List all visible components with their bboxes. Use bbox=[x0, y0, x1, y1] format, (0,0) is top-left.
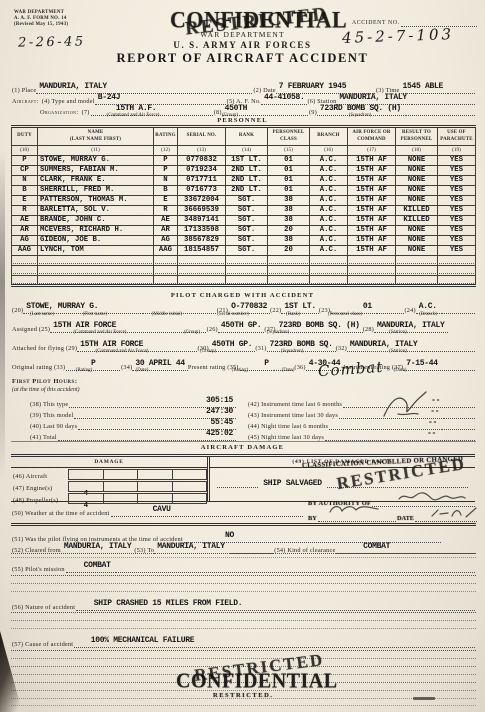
cell-empty bbox=[438, 256, 476, 266]
dotted-leader bbox=[376, 312, 404, 314]
cell-parachute: YES bbox=[438, 226, 476, 236]
personnel-header-row: Duty(10) Name(Last name first)(11) Ratin… bbox=[12, 127, 476, 156]
date-label: DATE bbox=[397, 515, 414, 522]
pilot-branch-num-label: (24) bbox=[405, 307, 416, 314]
dotted-leader bbox=[115, 571, 475, 573]
cell-airforce: 15TH AF bbox=[348, 236, 396, 246]
cell-class: 20 bbox=[268, 246, 310, 256]
command-num-label: (7) bbox=[82, 109, 90, 116]
scan-edge-artifact bbox=[0, 150, 5, 480]
pilot-rank-num-label: (22) bbox=[270, 307, 281, 314]
cell-result: NONE bbox=[396, 226, 438, 236]
cause-of-accident-line: (57) Cause of accident 100% MECHANICAL F… bbox=[12, 637, 476, 648]
personnel-row: AAGLYNCH, TOMAAG18154857SGT.20A.C.15TH A… bbox=[12, 246, 476, 256]
cell-empty bbox=[310, 276, 348, 286]
page-title: REPORT OF AIRCRAFT ACCIDENT bbox=[0, 52, 485, 65]
cell-branch: A.C. bbox=[310, 186, 348, 196]
organization-prefix-label: Organization: bbox=[40, 109, 79, 116]
dotted-leader bbox=[318, 520, 396, 522]
last-name-sub-label: (Last name) bbox=[30, 312, 54, 317]
cell-duty: CP bbox=[12, 166, 38, 176]
cell-empty bbox=[268, 266, 310, 276]
organization-line: Organization: (7) 15TH A.F. (8) 450TH (9… bbox=[40, 105, 476, 116]
cell-rank: 2ND LT. bbox=[226, 176, 268, 186]
cell-rank: SGT. bbox=[226, 216, 268, 226]
nature-of-accident-value: SHIP CRASHED 15 MILES FROM FIELD. bbox=[91, 600, 246, 611]
original-rating-label: Original rating (33) bbox=[12, 364, 65, 371]
hours-row: (42) Instrument time last 6 months-- bbox=[248, 397, 476, 408]
col-rating: Rating(12) bbox=[154, 127, 178, 156]
cell-empty bbox=[396, 276, 438, 286]
attached-label: Attached for flying (29) bbox=[12, 345, 77, 352]
dotted-rule bbox=[11, 583, 476, 584]
cell-empty bbox=[178, 256, 226, 266]
cell-result: NONE bbox=[396, 236, 438, 246]
cell-branch: A.C. bbox=[310, 226, 348, 236]
cell-rating: B bbox=[154, 186, 178, 196]
serial-sub-label: (Serial number) bbox=[217, 312, 249, 317]
personnel-row: PSTOWE, MURRAY G.P07708321ST LT.01A.C.15… bbox=[12, 156, 476, 166]
af-no-value: 44-41058. bbox=[261, 94, 308, 105]
form-id-line3: (Revised May 15, 1943) bbox=[14, 22, 68, 28]
weather-label: (50) Weather at the time of accident bbox=[12, 510, 110, 517]
cause-of-accident-label: (57) Cause of accident bbox=[12, 641, 73, 648]
cell-duty: P bbox=[12, 156, 38, 166]
report-of-aircraft-accident-document: WAR DEPARTMENT A. A. F. Form No. 14 (Rev… bbox=[0, 0, 485, 712]
cell-rating: AR bbox=[154, 226, 178, 236]
dotted-leader bbox=[111, 515, 149, 517]
cell-rank: SGT. bbox=[226, 236, 268, 246]
cell-rank: SGT. bbox=[226, 196, 268, 206]
personnel-empty-row bbox=[12, 256, 476, 266]
dotted-leader bbox=[405, 114, 475, 116]
hours-row: (43) Instrument time last 30 days-- bbox=[248, 408, 476, 419]
cell-rating: AG bbox=[154, 236, 178, 246]
cell-serial: 0719234 bbox=[178, 166, 226, 176]
cell-result: KILLED bbox=[396, 216, 438, 226]
cell-branch: A.C. bbox=[310, 156, 348, 166]
cell-empty bbox=[226, 266, 268, 276]
original-rating-date-num-label: (34) bbox=[121, 364, 132, 371]
cell-rating: E bbox=[154, 196, 178, 206]
cell-empty bbox=[348, 276, 396, 286]
col-result: Result toPersonnel(18) bbox=[396, 127, 438, 156]
personnel-empty-row bbox=[12, 266, 476, 276]
cell-duty: AG bbox=[12, 236, 38, 246]
col-rank: Rank(14) bbox=[226, 127, 268, 156]
cell-airforce: 15TH AF bbox=[348, 246, 396, 256]
personnel-table: Duty(10) Name(Last name first)(11) Ratin… bbox=[11, 125, 476, 287]
present-rating-value: P bbox=[261, 360, 272, 371]
date-sub-label: (Date) bbox=[136, 368, 149, 373]
type-model-label: (4) Type and model bbox=[42, 98, 95, 105]
cell-class: 01 bbox=[268, 176, 310, 186]
attached-station-value: MANDURIA, ITALY bbox=[347, 341, 421, 352]
cell-rank: SGT. bbox=[226, 246, 268, 256]
cell-class: 38 bbox=[268, 236, 310, 246]
dotted-rule bbox=[11, 575, 476, 576]
confidential-stamp: CONFIDENTIAL bbox=[176, 669, 338, 694]
damage-cell bbox=[103, 481, 139, 492]
personnel-empty-row bbox=[12, 276, 476, 286]
station-sub-label: (Station) bbox=[389, 349, 407, 354]
col-class: PersonnelClass(15) bbox=[268, 127, 310, 156]
cell-empty bbox=[154, 266, 178, 276]
dotted-rule bbox=[11, 591, 476, 592]
cell-class: 38 bbox=[268, 216, 310, 226]
damage-cell bbox=[172, 493, 208, 504]
damaged-parts-value: SHIP SALVAGED bbox=[259, 480, 326, 489]
cell-rating: R bbox=[154, 206, 178, 216]
cell-name: PATTERSON, THOMAS M. bbox=[38, 196, 154, 206]
cell-empty bbox=[396, 256, 438, 266]
cell-branch: A.C. bbox=[310, 246, 348, 256]
pilot-mission-line: (55) Pilot's mission COMBAT bbox=[12, 562, 476, 573]
station-sub-label: (Station) bbox=[389, 330, 407, 335]
group-num-label: (8) bbox=[214, 109, 222, 116]
rating-sub-label: (Rating) bbox=[232, 368, 249, 373]
cell-serial: 0717711 bbox=[178, 176, 226, 186]
cell-empty bbox=[268, 276, 310, 286]
damage-row-propellers: (48) Propeller(s) 4 bbox=[11, 492, 207, 504]
dotted-rule bbox=[11, 705, 476, 706]
cell-result: NONE bbox=[396, 166, 438, 176]
col-serial: Serial No.(13) bbox=[178, 127, 226, 156]
dotted-rule bbox=[11, 557, 476, 558]
dotted-leader bbox=[74, 646, 86, 648]
cell-branch: A.C. bbox=[310, 176, 348, 186]
hours-label: (40) Last 90 days bbox=[30, 423, 77, 430]
personnel-row: BSHERRILL, FRED M.B07167732ND LT.01A.C.1… bbox=[12, 186, 476, 196]
cell-rating: P bbox=[154, 166, 178, 176]
damage-grid-title: Damage bbox=[11, 457, 207, 468]
present-rating-date-num-label: (36) bbox=[294, 364, 305, 371]
cell-name: GIDEON, JOE B. bbox=[38, 236, 154, 246]
cell-parachute: YES bbox=[438, 206, 476, 216]
damage-cell: 4 bbox=[68, 481, 104, 492]
cell-branch: A.C. bbox=[310, 196, 348, 206]
cell-rating: AAG bbox=[154, 246, 178, 256]
cell-rank: 2ND LT. bbox=[226, 166, 268, 176]
cell-empty bbox=[438, 266, 476, 276]
dotted-leader bbox=[76, 609, 90, 611]
personnel-row: NCLARK, FRANK E.N07177112ND LT.01A.C.15T… bbox=[12, 176, 476, 186]
damage-cell bbox=[68, 469, 104, 480]
personnel-row: AEBRANDE, JOHN C.AE34897141SGT.38A.C.15T… bbox=[12, 216, 476, 226]
col-branch: Branch(16) bbox=[310, 127, 348, 156]
squadron-num-label: (9) bbox=[309, 109, 317, 116]
hours-value: -- bbox=[424, 430, 439, 441]
cell-class: 20 bbox=[268, 226, 310, 236]
dotted-leader bbox=[158, 350, 196, 352]
dotted-leader bbox=[246, 609, 475, 611]
personnel-row: CPSUMMERS, FABIAN M.P07192342ND LT.01A.C… bbox=[12, 166, 476, 176]
hours-label: (44) Night time last 6 months bbox=[248, 423, 328, 430]
cell-empty bbox=[396, 266, 438, 276]
dotted-rule bbox=[11, 553, 476, 554]
cell-rank: 1ST LT. bbox=[226, 156, 268, 166]
class-sub-label: (Personnel class) bbox=[328, 312, 362, 317]
cell-duty: R bbox=[12, 206, 38, 216]
cell-name: SUMMERS, FABIAN M. bbox=[38, 166, 154, 176]
rating-sub-label: (Rating) bbox=[76, 368, 93, 373]
date-sub-label: (Date) bbox=[282, 368, 295, 373]
dotted-leader bbox=[441, 312, 475, 314]
hours-row: (41) Total425:02 bbox=[30, 430, 236, 441]
damage-cell bbox=[137, 469, 173, 480]
handwritten-combat-note: Combat bbox=[317, 358, 383, 381]
hours-label: (43) Instrument time last 30 days bbox=[248, 412, 338, 419]
personnel-section-title: PERSONNEL bbox=[0, 118, 485, 125]
hours-row: (44) Night time last 6 months-- bbox=[248, 419, 476, 430]
cell-airforce: 15TH AF bbox=[348, 186, 396, 196]
cell-rank: SGT. bbox=[226, 226, 268, 236]
group-sub-label: (Group) bbox=[200, 349, 216, 354]
cell-empty bbox=[268, 256, 310, 266]
cell-duty: N bbox=[12, 176, 38, 186]
nature-of-accident-label: (56) Nature of accident bbox=[12, 604, 75, 611]
personnel-row: EPATTERSON, THOMAS M.E33672004SGT.38A.C.… bbox=[12, 196, 476, 206]
cell-parachute: YES bbox=[438, 236, 476, 246]
hours-value: 425:02 bbox=[203, 430, 236, 441]
hours-row: (39) This model247:30 bbox=[30, 408, 236, 419]
cell-empty bbox=[38, 266, 154, 276]
hours-label: (39) This model bbox=[30, 412, 73, 419]
section-divider bbox=[11, 523, 476, 526]
cell-name: SHERRILL, FRED M. bbox=[38, 186, 154, 196]
command-sub-label: (Command and Air Force) bbox=[74, 330, 127, 335]
cell-name: LYNCH, TOM bbox=[38, 246, 154, 256]
cell-parachute: YES bbox=[438, 246, 476, 256]
personnel-row: RBARLETTA, SOL V.R36669539SGT.38A.C.15TH… bbox=[12, 206, 476, 216]
col-parachute: Use ofParachute(19) bbox=[438, 127, 476, 156]
damage-grid: Damage (46) Aircraft (47) Engine(s) 4 (4… bbox=[11, 457, 207, 501]
cell-duty: E bbox=[12, 196, 38, 206]
group-sub-label: (Group) bbox=[184, 330, 200, 335]
handwritten-scrawl bbox=[326, 502, 382, 516]
dotted-rule bbox=[11, 650, 476, 651]
damage-cell bbox=[172, 469, 208, 480]
cell-class: 01 bbox=[268, 186, 310, 196]
cell-parachute: YES bbox=[438, 216, 476, 226]
assigned-group-value: 450TH GP. bbox=[218, 322, 265, 333]
dotted-leader bbox=[175, 515, 303, 517]
cell-empty bbox=[154, 256, 178, 266]
cell-result: NONE bbox=[396, 176, 438, 186]
hours-label: (41) Total bbox=[30, 434, 57, 441]
cell-empty bbox=[12, 276, 38, 286]
hours-row: (45) Night time last 30 days-- bbox=[248, 430, 476, 441]
damage-cell bbox=[172, 481, 208, 492]
cell-empty bbox=[12, 256, 38, 266]
place-label: (1) Place bbox=[12, 87, 36, 94]
dotted-leader bbox=[421, 350, 475, 352]
dotted-rule bbox=[11, 620, 476, 621]
cell-serial: 18154857 bbox=[178, 246, 226, 256]
cell-duty: B bbox=[12, 186, 38, 196]
cell-duty: AE bbox=[12, 216, 38, 226]
cell-duty: AAG bbox=[12, 246, 38, 256]
assigned-label: Assigned (25) bbox=[12, 326, 50, 333]
cell-serial: 17133598 bbox=[178, 226, 226, 236]
cell-serial: 38567829 bbox=[178, 236, 226, 246]
cell-parachute: YES bbox=[438, 156, 476, 166]
dotted-rule bbox=[11, 628, 476, 629]
cell-serial: 0770832 bbox=[178, 156, 226, 166]
cell-name: CLARK, FRANK E. bbox=[38, 176, 154, 186]
cell-airforce: 15TH AF bbox=[348, 206, 396, 216]
first-pilot-hours-title: First Pilot Hours: bbox=[12, 379, 77, 386]
restricted-small-stamp: RESTRICTED. bbox=[213, 692, 273, 699]
col-name: Name(Last name first)(11) bbox=[38, 127, 154, 156]
accident-no-label: Accident No. bbox=[352, 20, 400, 27]
by-label: BY bbox=[308, 515, 317, 522]
cell-serial: 36669539 bbox=[178, 206, 226, 216]
dotted-leader bbox=[217, 486, 258, 488]
col-duty: Duty(10) bbox=[12, 127, 38, 156]
personnel-row: AGGIDEON, JOE B.AG38567829SGT.38A.C.15TH… bbox=[12, 236, 476, 246]
hours-label: (45) Night time last 30 days bbox=[248, 434, 324, 441]
damage-engines-label: (47) Engine(s) bbox=[13, 485, 69, 492]
squadron-sub-label: (Squadron) bbox=[267, 330, 290, 335]
dotted-rule bbox=[11, 612, 476, 613]
weather-line: (50) Weather at the time of accident CAV… bbox=[12, 506, 304, 517]
dotted-leader bbox=[99, 369, 120, 371]
attached-squadron-num-label: (31) bbox=[255, 345, 266, 352]
dotted-leader bbox=[442, 369, 475, 371]
col-airforce: Air Force orCommand(17) bbox=[348, 127, 396, 156]
first-pilot-hours-subtitle: (at the time of this accident) bbox=[12, 387, 79, 393]
branch-sub-label: (Branch) bbox=[419, 312, 437, 317]
date-sub-label: (Date) bbox=[394, 368, 407, 373]
cell-airforce: 15TH AF bbox=[348, 216, 396, 226]
personnel-row: ARMCEVERS, RICHARD H.AR17133598SGT.20A.C… bbox=[12, 226, 476, 236]
damage-cell bbox=[137, 493, 173, 504]
assigned-group-num-label: (26) bbox=[207, 326, 218, 333]
middle-initial-sub-label: (Middle initial) bbox=[152, 312, 183, 317]
weather-value: CAVU bbox=[150, 506, 174, 517]
damage-cell bbox=[103, 469, 139, 480]
cell-branch: A.C. bbox=[310, 236, 348, 246]
accident-no-line: Accident No. bbox=[352, 16, 478, 27]
cell-branch: A.C. bbox=[310, 166, 348, 176]
cell-serial: 0716773 bbox=[178, 186, 226, 196]
cause-of-accident-value: 100% MECHANICAL FAILURE bbox=[88, 637, 198, 648]
dotted-leader bbox=[160, 114, 212, 116]
squadron-sub-label: (Squadron) bbox=[281, 349, 304, 354]
pilot-section-title: PILOT CHARGED WITH ACCIDENT bbox=[0, 293, 485, 300]
cell-result: NONE bbox=[396, 246, 438, 256]
cell-empty bbox=[226, 276, 268, 286]
cell-class: 38 bbox=[268, 196, 310, 206]
cell-empty bbox=[12, 266, 38, 276]
damage-row-engines: (47) Engine(s) 4 bbox=[11, 480, 207, 492]
cell-name: MCEVERS, RICHARD H. bbox=[38, 226, 154, 236]
damage-cell bbox=[103, 493, 139, 504]
assigned-station-value: MANDURIA, ITALY bbox=[374, 322, 448, 333]
cell-parachute: YES bbox=[438, 186, 476, 196]
cell-serial: 33672004 bbox=[178, 196, 226, 206]
handwritten-scrawl bbox=[378, 388, 430, 422]
damage-row-aircraft: (46) Aircraft bbox=[11, 468, 207, 480]
pilot-class-value: 01 bbox=[360, 303, 375, 314]
cell-class: 01 bbox=[268, 156, 310, 166]
cell-airforce: 15TH AF bbox=[348, 226, 396, 236]
cell-rank: SGT. bbox=[226, 206, 268, 216]
cell-rank: 2ND LT. bbox=[226, 186, 268, 196]
cell-parachute: YES bbox=[438, 166, 476, 176]
dotted-leader bbox=[198, 646, 475, 648]
cell-rating: N bbox=[154, 176, 178, 186]
pilot-name-num-label: (20) bbox=[12, 307, 23, 314]
cell-duty: AR bbox=[12, 226, 38, 236]
damage-cell bbox=[137, 481, 173, 492]
pilot-mission-value: COMBAT bbox=[81, 562, 114, 573]
cell-empty bbox=[178, 276, 226, 286]
print-code-smudge bbox=[413, 697, 435, 700]
dotted-leader bbox=[251, 114, 308, 116]
cell-class: 38 bbox=[268, 206, 310, 216]
hours-label: (42) Instrument time last 6 months bbox=[248, 401, 342, 408]
rank-sub-label: (Rank) bbox=[286, 312, 300, 317]
aircraft-prefix-label: Aircraft: bbox=[12, 98, 39, 105]
cell-result: NONE bbox=[396, 156, 438, 166]
cell-serial: 34897141 bbox=[178, 216, 226, 226]
cell-empty bbox=[178, 266, 226, 276]
cell-empty bbox=[310, 266, 348, 276]
command-sub-label: (Command and Air Force) bbox=[96, 349, 149, 354]
cell-name: BRANDE, JOHN C. bbox=[38, 216, 154, 226]
assigned-station-num-label: (28) bbox=[363, 326, 374, 333]
handwritten-scrawl bbox=[396, 489, 468, 504]
cell-rating: AE bbox=[154, 216, 178, 226]
hours-label: (38) This type bbox=[30, 401, 68, 408]
cell-airforce: 15TH AF bbox=[348, 166, 396, 176]
cell-branch: A.C. bbox=[310, 216, 348, 226]
cell-empty bbox=[310, 256, 348, 266]
cell-rating: P bbox=[154, 156, 178, 166]
cell-empty bbox=[348, 256, 396, 266]
section-divider bbox=[11, 441, 476, 442]
cell-name: BARLETTA, SOL V. bbox=[38, 206, 154, 216]
cell-result: KILLED bbox=[396, 206, 438, 216]
dotted-leader bbox=[66, 571, 80, 573]
cell-name: STOWE, MURRAY G. bbox=[38, 156, 154, 166]
instrument-rating-value: 7-15-44 bbox=[403, 360, 441, 371]
cell-branch: A.C. bbox=[310, 206, 348, 216]
cell-airforce: 15TH AF bbox=[348, 196, 396, 206]
cell-class: 01 bbox=[268, 166, 310, 176]
cell-empty bbox=[226, 256, 268, 266]
aircraft-damage-section-title: AIRCRAFT DAMAGE bbox=[0, 445, 485, 452]
form-id-block: WAR DEPARTMENT A. A. F. Form No. 14 (Rev… bbox=[14, 10, 68, 29]
nature-of-accident-line: (56) Nature of accident SHIP CRASHED 15 … bbox=[12, 600, 476, 611]
cell-empty bbox=[348, 266, 396, 276]
cell-airforce: 15TH AF bbox=[348, 176, 396, 186]
cell-empty bbox=[438, 276, 476, 286]
attached-station-num-label: (32) bbox=[336, 345, 347, 352]
cell-result: NONE bbox=[396, 196, 438, 206]
pilot-mission-label: (55) Pilot's mission bbox=[12, 566, 65, 573]
damage-aircraft-label: (46) Aircraft bbox=[13, 473, 69, 480]
cell-empty bbox=[38, 256, 154, 266]
cell-parachute: YES bbox=[438, 196, 476, 206]
damage-propellers-label: (48) Propeller(s) bbox=[13, 497, 69, 504]
handwritten-scrawl bbox=[428, 504, 480, 522]
cell-airforce: 15TH AF bbox=[348, 156, 396, 166]
cell-parachute: YES bbox=[438, 176, 476, 186]
damage-cell: 4 bbox=[68, 493, 104, 504]
